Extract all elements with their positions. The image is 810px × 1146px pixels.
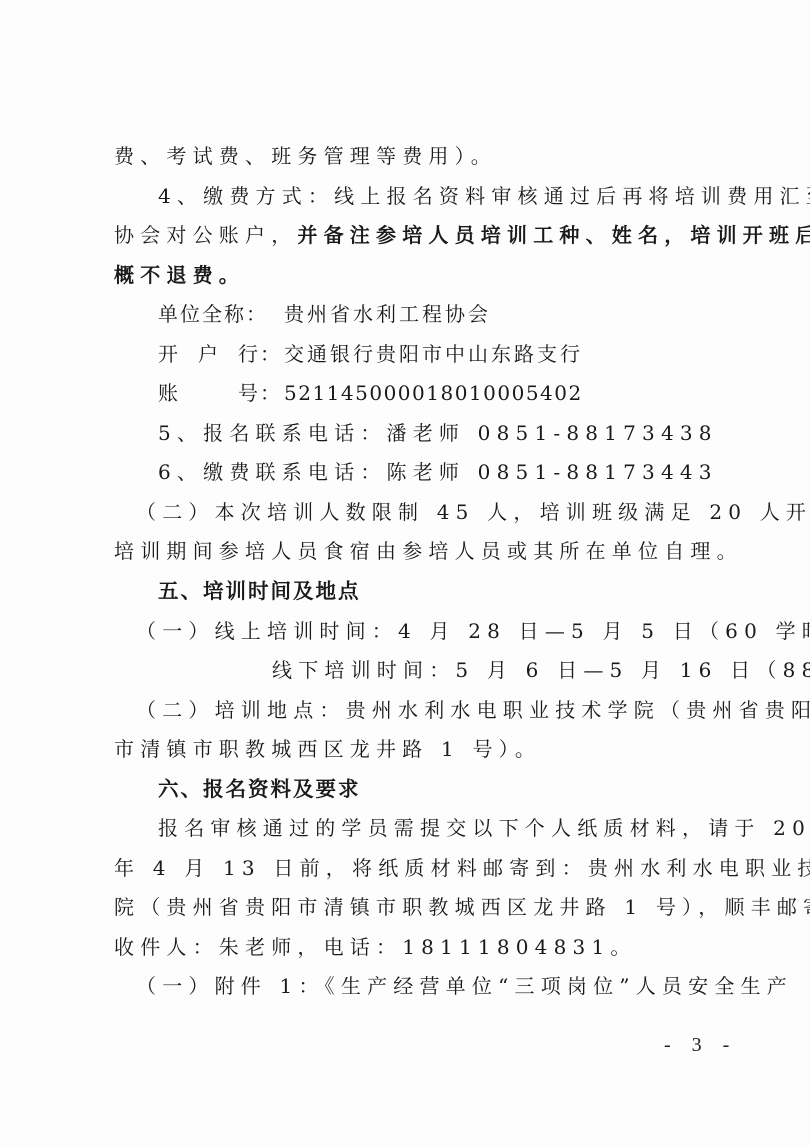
materials-para-line-2: 年 4 月 13 日前，将纸质材料邮寄到：贵州水利水电职业技术学	[114, 849, 716, 889]
account-number: 521145000018010005402	[284, 381, 583, 405]
document-page: 费、考试费、班务管理等费用）。 4、缴费方式：线上报名资料审核通过后再将培训费用…	[0, 0, 810, 1146]
training-location-line-1: （二）培训地点：贵州水利水电职业技术学院（贵州省贵阳	[114, 691, 716, 731]
online-training-time: （一）线上培训时间：4 月 28 日—5 月 5 日（60 学时）；	[114, 612, 716, 652]
payment-contact: 6、缴费联系电话：陈老师 0851-88173443	[114, 453, 716, 493]
fee-items-continuation: 费、考试费、班务管理等费用）。	[114, 137, 716, 177]
account-label-char: 账	[158, 374, 238, 414]
payment-note-bold: 并备注参培人员培训工种、姓名，培训开班后	[297, 223, 810, 247]
page-number: - 3 -	[664, 1034, 737, 1057]
bank-row: 开户行： 交通银行贵阳市中山东路支行	[114, 335, 716, 375]
signup-contact: 5、报名联系电话：潘老师 0851-88173438	[114, 414, 716, 454]
account-label: 账号：	[158, 374, 284, 414]
unit-name-label: 单位全称：	[158, 295, 284, 335]
section-5-heading: 五、培训时间及地点	[114, 572, 716, 612]
training-location-line-2: 市清镇市职教城西区龙井路 1 号）。	[114, 730, 716, 770]
payment-method-line: 4、缴费方式：线上报名资料审核通过后再将培训费用汇至	[114, 177, 716, 217]
class-limit-line-2: 培训期间参培人员食宿由参培人员或其所在单位自理。	[114, 532, 716, 572]
attachment-1-line: （一）附件 1：《生产经营单位“三项岗位”人员安全生产	[114, 967, 716, 1007]
bank-label-char: 开	[158, 335, 198, 375]
bank-value: 交通银行贵阳市中山东路支行	[284, 342, 583, 366]
unit-name-value: 贵州省水利工程协会	[284, 302, 491, 326]
account-label-char: 号：	[238, 374, 282, 414]
bank-label: 开户行：	[158, 335, 284, 375]
unit-name-row: 单位全称：贵州省水利工程协会	[114, 295, 716, 335]
class-limit-line-1: （二）本次培训人数限制 45 人，培训班级满足 20 人开班，	[114, 493, 716, 533]
bank-label-char: 户	[198, 335, 238, 375]
no-refund-note: 概不退费。	[114, 256, 716, 296]
document-body: 费、考试费、班务管理等费用）。 4、缴费方式：线上报名资料审核通过后再将培训费用…	[114, 137, 716, 1007]
payment-method-line-2: 协会对公账户，并备注参培人员培训工种、姓名，培训开班后	[114, 216, 716, 256]
bank-label-char: 行：	[238, 335, 282, 375]
materials-para-line-1: 报名审核通过的学员需提交以下个人纸质材料，请于 2026	[114, 809, 716, 849]
offline-training-time: 线下培训时间：5 月 6 日—5 月 16 日（88 学时）；	[114, 651, 716, 691]
materials-para-line-3: 院（贵州省贵阳市清镇市职教城西区龙井路 1 号），顺丰邮寄，	[114, 888, 716, 928]
materials-para-line-4: 收件人：朱老师，电话：18111804831。	[114, 928, 716, 968]
account-row: 账号： 521145000018010005402	[114, 374, 716, 414]
section-6-heading: 六、报名资料及要求	[114, 770, 716, 810]
payment-method-text: 协会对公账户，	[114, 223, 297, 247]
